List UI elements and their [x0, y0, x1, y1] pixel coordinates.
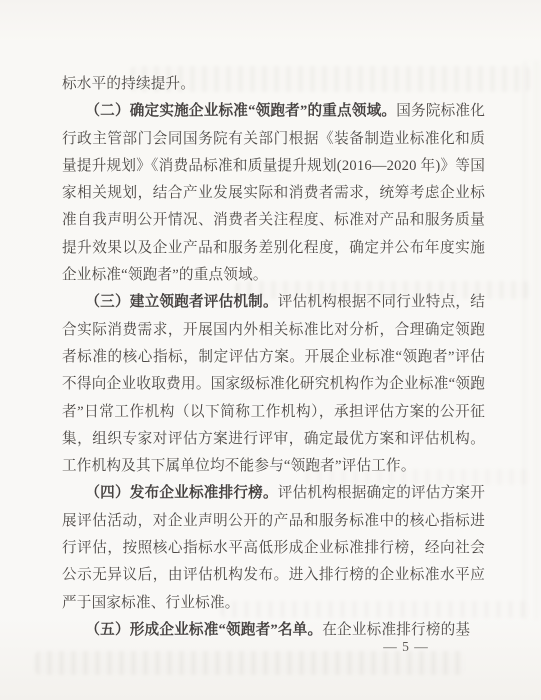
paragraph-item-4: （四）发布企业标准排行榜。评估机构根据确定的评估方案开展评估活动，对企业声明公开… — [62, 480, 485, 616]
scanned-document-page: 标水平的持续提升。 （二）确定实施企业标准“领跑者”的重点领域。国务院标准化行政… — [0, 0, 541, 700]
paragraph-lead: （三）建立领跑者评估机制。 — [85, 294, 277, 310]
page-number: — 5 — — [381, 639, 431, 655]
scan-artifact-edge — [522, 60, 541, 620]
paragraph-body: 评估机构根据确定的评估方案开展评估活动，对企业声明公开的产品和服务标准中的核心指… — [62, 485, 485, 610]
paragraph-item-2: （二）确定实施企业标准“领跑者”的重点领域。国务院标准化行政主管部门会同国务院有… — [62, 98, 485, 289]
paragraph-body: 在企业标准排行榜的基 — [322, 622, 470, 638]
paragraph-lead: （四）发布企业标准排行榜。 — [85, 485, 277, 501]
paragraph-continuation: 标水平的持续提升。 — [62, 71, 485, 98]
document-body-text: 标水平的持续提升。 （二）确定实施企业标准“领跑者”的重点领域。国务院标准化行政… — [62, 71, 485, 644]
paragraph-body: 标水平的持续提升。 — [62, 76, 195, 92]
paragraph-lead: （二）确定实施企业标准“领跑者”的重点领域。 — [85, 103, 396, 119]
paragraph-body: 国务院标准化行政主管部门会同国务院有关部门根据《装备制造业标准化和质量提升规划》… — [62, 103, 485, 283]
paragraph-body: 评估机构根据不同行业特点，结合实际消费需求，开展国内外相关标准比对分析，合理确定… — [62, 294, 485, 474]
paragraph-item-3: （三）建立领跑者评估机制。评估机构根据不同行业特点，结合实际消费需求，开展国内外… — [62, 289, 485, 480]
paragraph-lead: （五）形成企业标准“领跑者”名单。 — [85, 622, 322, 638]
